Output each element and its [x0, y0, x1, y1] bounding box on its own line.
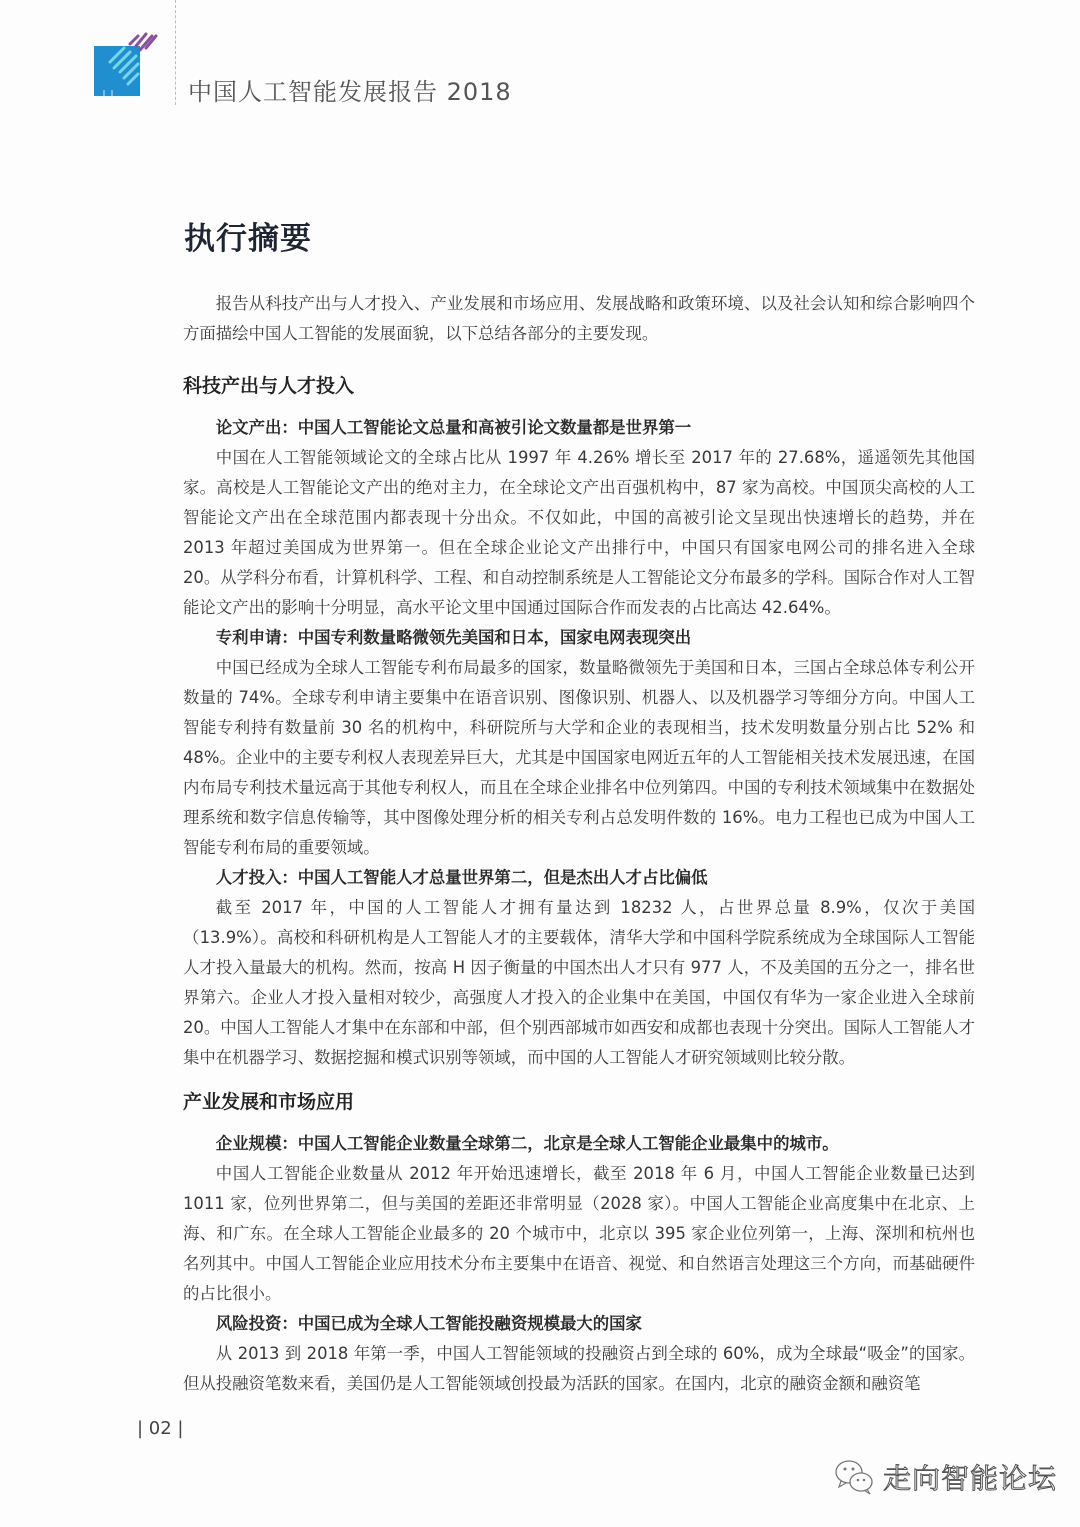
watermark-text: 走向智能论坛	[883, 1457, 1057, 1497]
subsection-body: 中国人工智能企业数量从 2012 年开始迅速增长，截至 2018 年 6 月，中…	[183, 1159, 975, 1309]
intro-paragraph: 报告从科技产出与人才投入、产业发展和市场应用、发展战略和政策环境、以及社会认知和…	[183, 289, 975, 349]
subsection-body: 从 2013 到 2018 年第一季，中国人工智能领域的投融资占到全球的 60%…	[183, 1339, 975, 1399]
section-industry-market: 产业发展和市场应用 企业规模：中国人工智能企业数量全球第二，北京是全球人工智能企…	[183, 1087, 975, 1399]
document-body: 报告从科技产出与人才投入、产业发展和市场应用、发展战略和政策环境、以及社会认知和…	[183, 289, 975, 1413]
page-number: | 02 |	[137, 1418, 183, 1439]
subsection-title: 企业规模：中国人工智能企业数量全球第二，北京是全球人工智能企业最集中的城市。	[183, 1129, 975, 1159]
page-title: 执行摘要	[184, 213, 312, 258]
subsection-body: 截至 2017 年，中国的人工智能人才拥有量达到 18232 人，占世界总量 8…	[183, 893, 975, 1073]
wechat-icon	[833, 1457, 877, 1497]
section-heading: 科技产出与人才投入	[183, 371, 975, 401]
subsection-body: 中国在人工智能领域论文的全球占比从 1997 年 4.26% 增长至 2017 …	[183, 443, 975, 623]
section-tech-talent: 科技产出与人才投入 论文产出：中国人工智能论文总量和高被引论文数量都是世界第一 …	[183, 371, 975, 1073]
report-logo-icon	[94, 26, 158, 98]
wechat-watermark: 走向智能论坛	[833, 1457, 1057, 1497]
subsection-title: 论文产出：中国人工智能论文总量和高被引论文数量都是世界第一	[183, 413, 975, 443]
subsection-title: 专利申请：中国专利数量略微领先美国和日本，国家电网表现突出	[183, 623, 975, 653]
header-divider	[175, 0, 176, 105]
subsection-title: 风险投资：中国已成为全球人工智能投融资规模最大的国家	[183, 1309, 975, 1339]
report-title: 中国人工智能发展报告 2018	[188, 72, 512, 107]
subsection-body: 中国已经成为全球人工智能专利布局最多的国家，数量略微领先于美国和日本，三国占全球…	[183, 653, 975, 863]
section-heading: 产业发展和市场应用	[183, 1087, 975, 1117]
subsection-title: 人才投入：中国人工智能人才总量世界第二，但是杰出人才占比偏低	[183, 863, 975, 893]
